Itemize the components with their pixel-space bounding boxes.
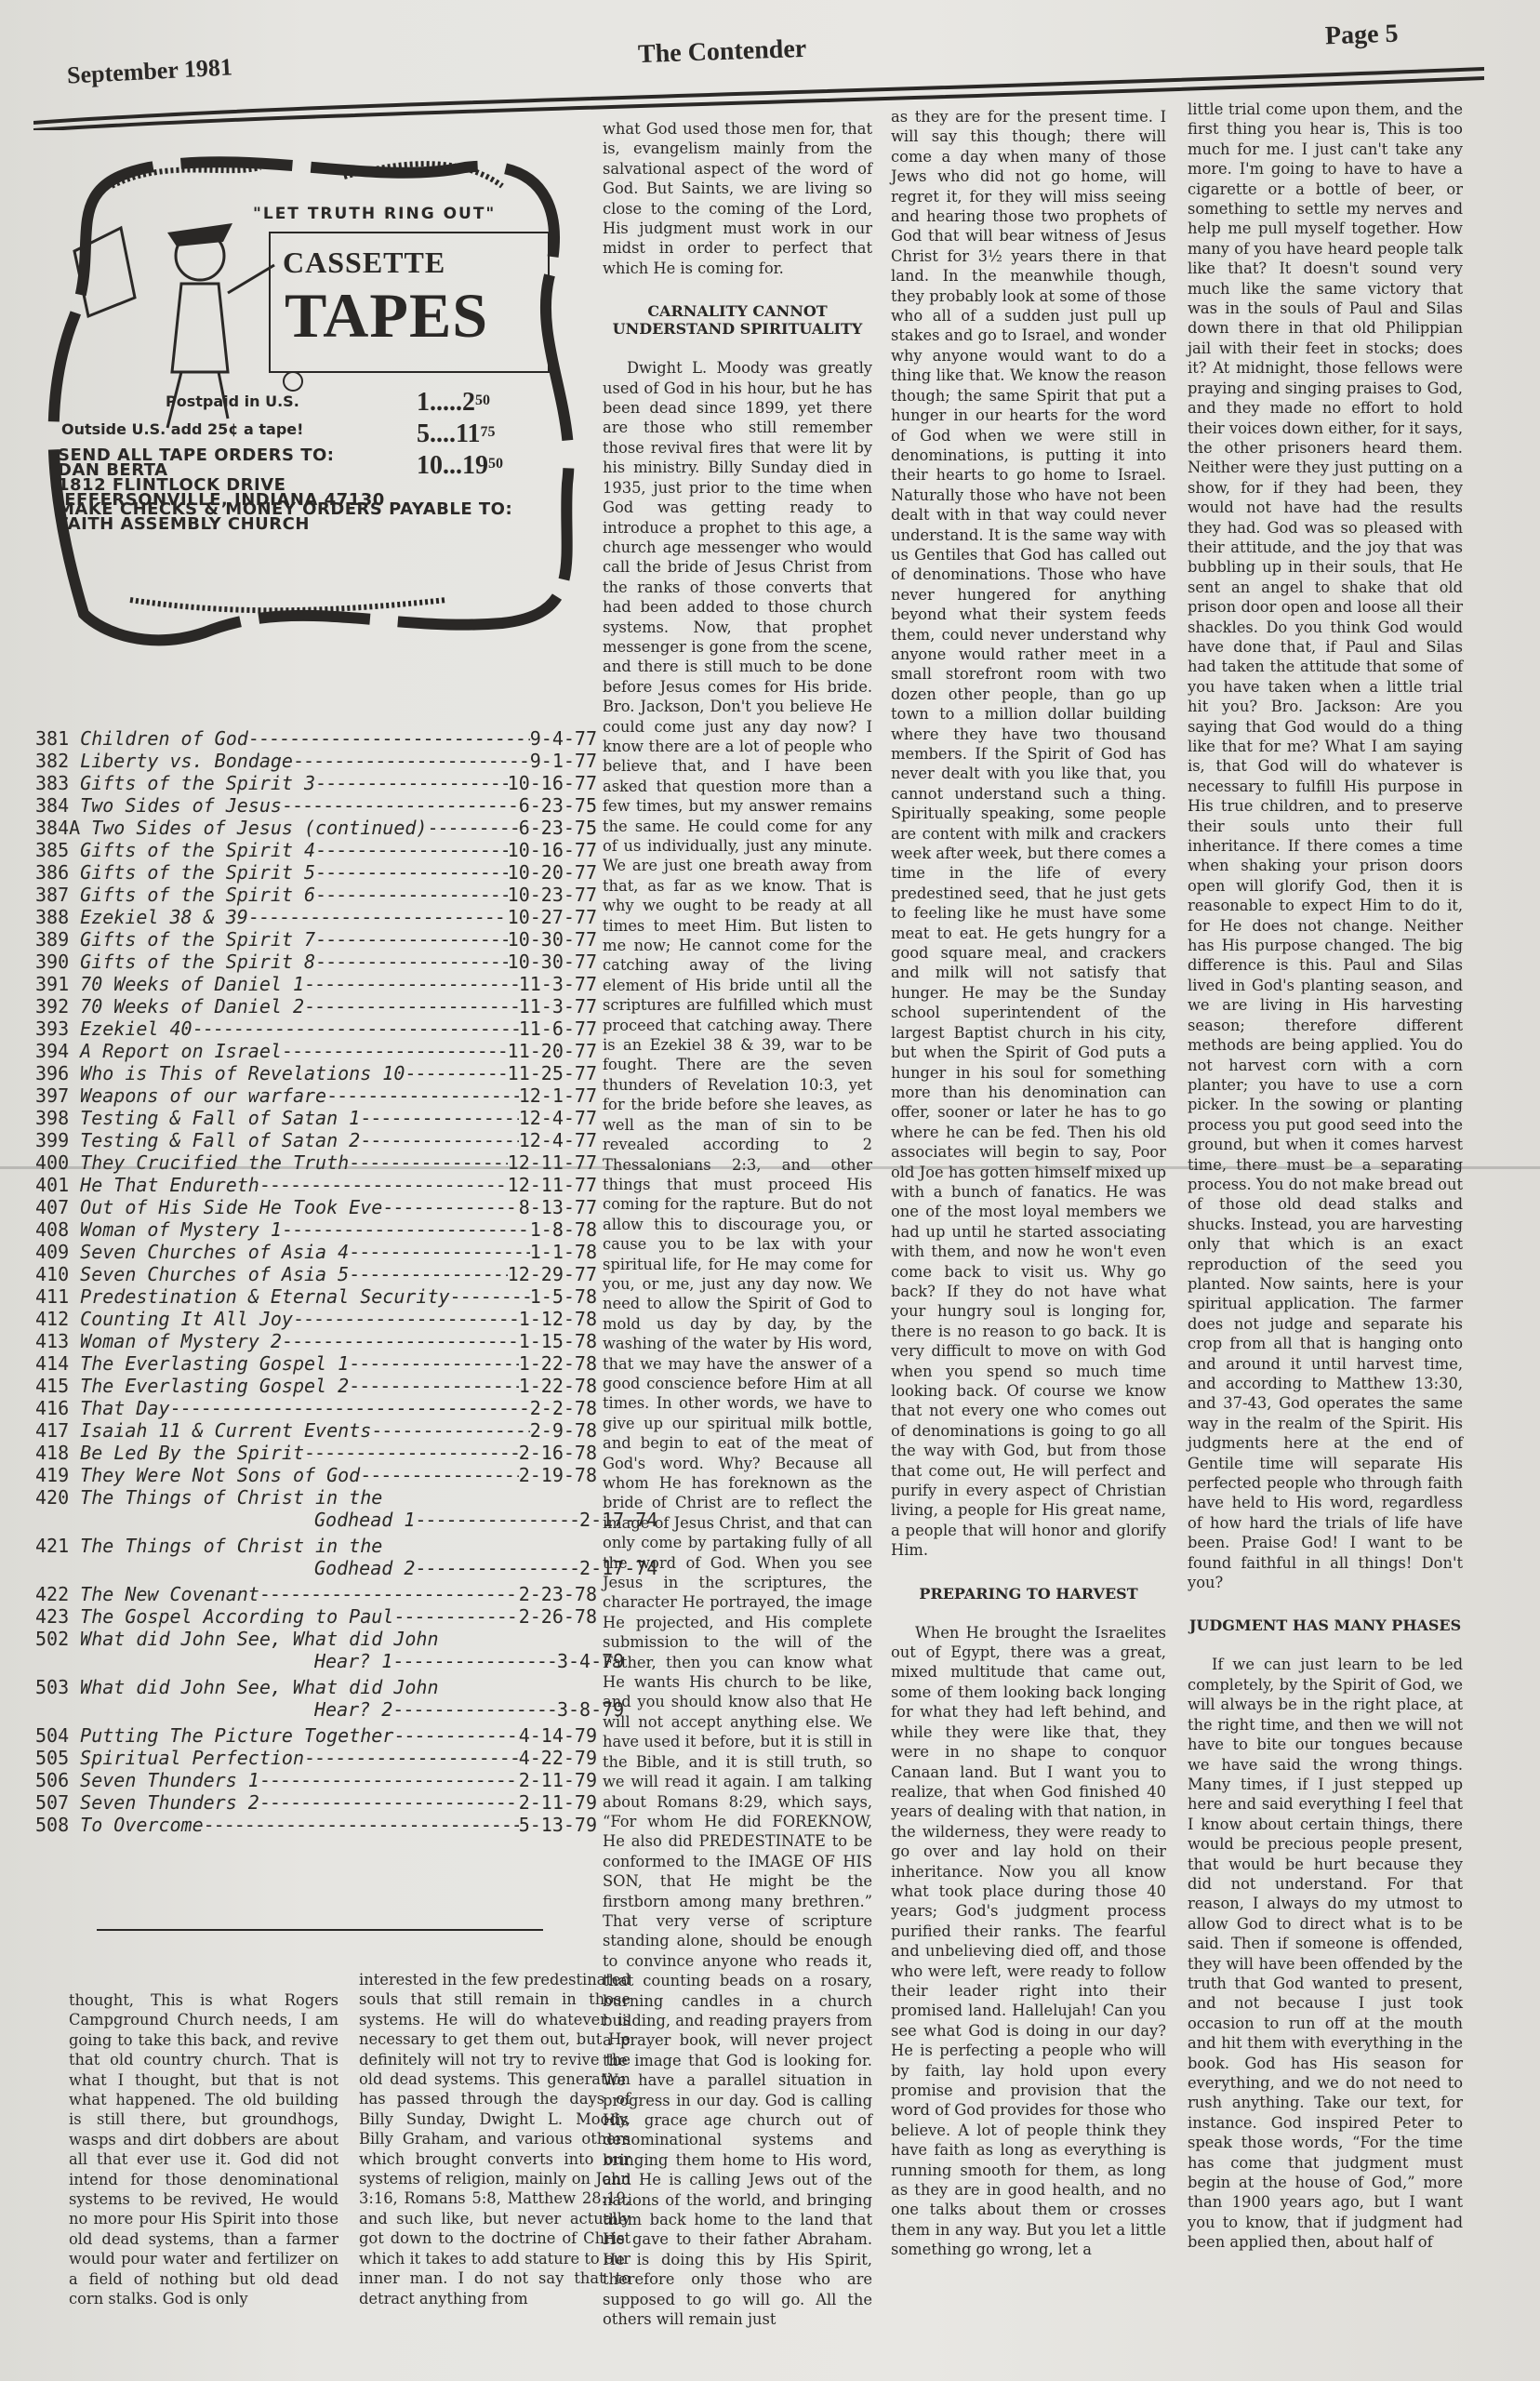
section-heading: JUDGMENT HAS MANY PHASES (1188, 1616, 1463, 1634)
tape-list-item: 392 70 Weeks of Daniel 2----------------… (35, 995, 597, 1018)
tape-list-item: 413 Woman of Mystery 2------------------… (35, 1330, 597, 1352)
ad-slogan: "LET TRUTH RING OUT" (253, 205, 496, 223)
ad-title-tapes: TAPES (285, 279, 488, 352)
tape-list-item: 389 Gifts of the Spirit 7---------------… (35, 928, 597, 951)
tape-list-item: 410 Seven Churches of Asia 5------------… (35, 1263, 597, 1285)
tape-list-item: 384A Two Sides of Jesus (continued)-----… (35, 817, 597, 839)
tape-list-item: 399 Testing & Fall of Satan 2-----------… (35, 1129, 597, 1151)
tape-list-item: 387 Gifts of the Spirit 6---------------… (35, 884, 597, 906)
tape-list-item: 506 Seven Thunders 1--------------------… (35, 1769, 597, 1791)
ad-title-cassette: CASSETTE (283, 246, 445, 280)
tape-list-item: 422 The New Covenant--------------------… (35, 1583, 597, 1605)
tape-list-item: 390 Gifts of the Spirit 8---------------… (35, 951, 597, 973)
tape-list-item: 397 Weapons of our warfare--------------… (35, 1084, 597, 1107)
article-continuation-middle: interested in the few predestinated soul… (359, 1970, 631, 2308)
cassette-tapes-ad: "LET TRUTH RING OUT" CASSETTE TAPES Post… (19, 130, 586, 651)
tape-list-item: 385 Gifts of the Spirit 4---------------… (35, 839, 597, 861)
tape-list-item: 396 Who is This of Revelations 10-------… (35, 1062, 597, 1084)
section-heading: PREPARING TO HARVEST (891, 1585, 1166, 1603)
tape-list-item: 423 The Gospel According to Paul--------… (35, 1605, 597, 1628)
newspaper-page: September 1981 The Contender Page 5 "LET… (0, 0, 1540, 2381)
tape-list-item: 414 The Everlasting Gospel 1------------… (35, 1352, 597, 1375)
tape-list-item: 408 Woman of Mystery 1------------------… (35, 1218, 597, 1241)
tape-list-item: 400 They Crucified the Truth------------… (35, 1151, 597, 1174)
article-column-2: as they are for the present time. I will… (891, 107, 1166, 2260)
tape-list-item: 411 Predestination & Eternal Security---… (35, 1285, 597, 1308)
tape-list-item: 415 The Everlasting Gospel 2------------… (35, 1375, 597, 1397)
price-row: 10...1950 (417, 450, 503, 482)
payable-note: MAKE CHECKS & MONEY ORDERS PAYABLE TO: F… (58, 502, 512, 532)
tape-list-item: 417 Isaiah 11 & Current Events----------… (35, 1419, 597, 1442)
tape-list-item: 419 They Were Not Sons of God-----------… (35, 1464, 597, 1486)
tape-list-item: 507 Seven Thunders 2--------------------… (35, 1791, 597, 1814)
outside-us-note: Outside U.S. add 25¢ a tape! (61, 420, 303, 438)
postpaid-note: Postpaid in U.S. (166, 392, 299, 410)
tape-list-item: 504 Putting The Picture Together--------… (35, 1724, 597, 1747)
section-heading: CARNALITY CANNOT UNDERSTAND SPIRITUALITY (603, 302, 872, 338)
tape-list-item: 503 What did John See, What did JohnHear… (35, 1676, 597, 1724)
tape-list-item: 383 Gifts of the Spirit 3---------------… (35, 772, 597, 794)
tape-list-item: 416 That Day----------------------------… (35, 1397, 597, 1419)
tape-list-item: 386 Gifts of the Spirit 5---------------… (35, 861, 597, 884)
section-divider (97, 1929, 543, 1931)
tape-list-item: 394 A Report on Israel------------------… (35, 1040, 597, 1062)
price-row: 5....1175 (417, 419, 503, 450)
article-column-3: little trial come upon them, and the fir… (1188, 100, 1463, 2253)
tape-list-item: 407 Out of His Side He Took Eve---------… (35, 1196, 597, 1218)
article-column-1: what God used those men for, that is, ev… (603, 119, 872, 2329)
page-number: Page 5 (1324, 20, 1399, 52)
tape-list-item: 502 What did John See, What did JohnHear… (35, 1628, 597, 1676)
tape-list-item: 508 To Overcome-------------------------… (35, 1814, 597, 1836)
tape-list-item: 401 He That Endureth--------------------… (35, 1174, 597, 1196)
tape-list-item: 388 Ezekiel 38 & 39---------------------… (35, 906, 597, 928)
tape-list-item: 409 Seven Churches of Asia 4------------… (35, 1241, 597, 1263)
article-continuation-left: thought, This is what Rogers Campground … (69, 1990, 339, 2309)
tape-list-item: 384 Two Sides of Jesus------------------… (35, 794, 597, 817)
tape-list-item: 418 Be Led By the Spirit----------------… (35, 1442, 597, 1464)
tape-list-item: 421 The Things of Christ in theGodhead 2… (35, 1535, 597, 1583)
tape-list-item: 420 The Things of Christ in theGodhead 1… (35, 1486, 597, 1535)
tape-list-item: 398 Testing & Fall of Satan 1-----------… (35, 1107, 597, 1129)
price-list: 1.....250 5....1175 10...1950 (417, 387, 503, 482)
price-row: 1.....250 (417, 387, 503, 419)
tape-list-item: 505 Spiritual Perfection----------------… (35, 1747, 597, 1769)
tape-list-item: 381 Children of God---------------------… (35, 727, 597, 750)
tape-list-item: 412 Counting It All Joy-----------------… (35, 1308, 597, 1330)
tape-list-item: 391 70 Weeks of Daniel 1----------------… (35, 973, 597, 995)
tape-list-item: 382 Liberty vs. Bondage-----------------… (35, 750, 597, 772)
tape-catalog-list: 381 Children of God---------------------… (35, 727, 597, 1836)
tape-list-item: 393 Ezekiel 40--------------------------… (35, 1018, 597, 1040)
